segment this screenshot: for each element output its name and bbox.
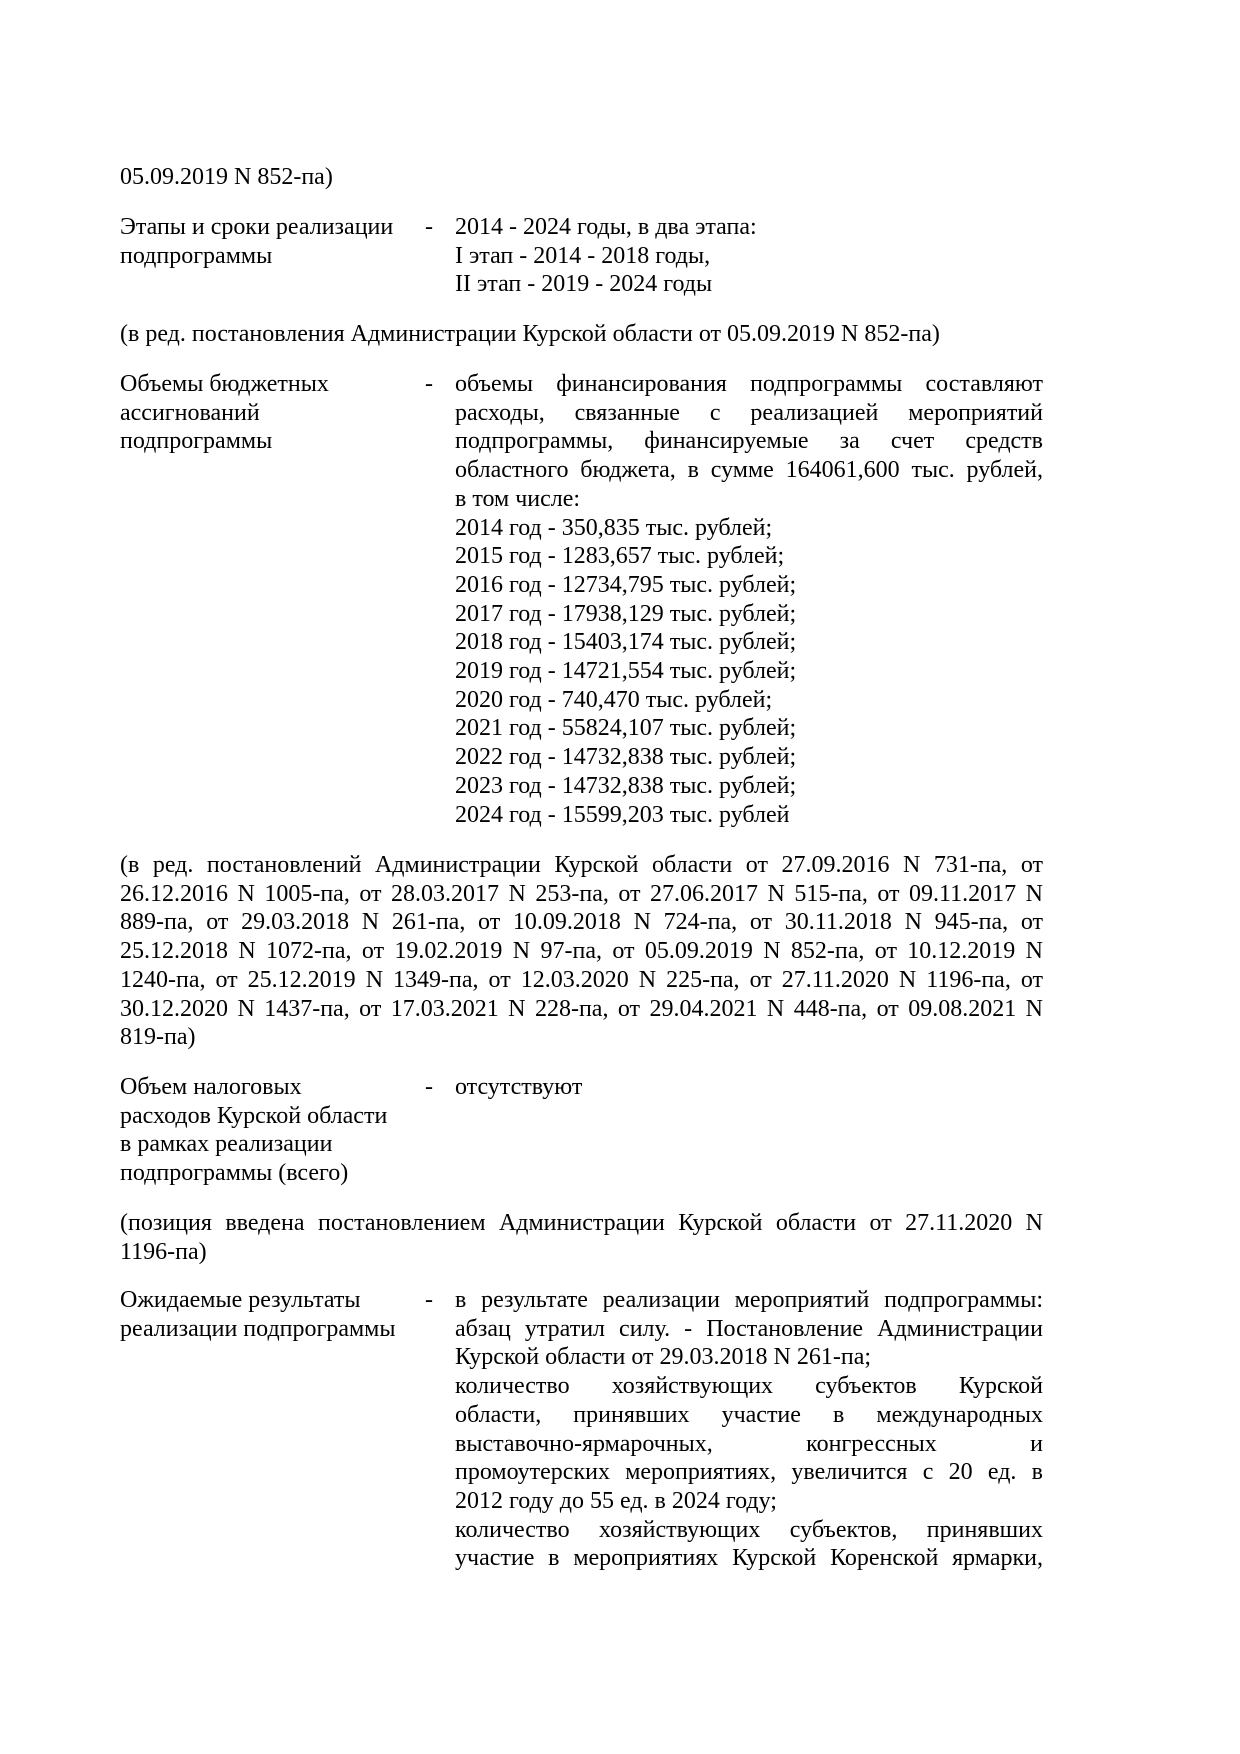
text-line: 2024 год - 15599,203 тыс. рублей — [455, 801, 1043, 830]
row-tax-expenses-label: Объем налоговых расходов Курской области… — [120, 1073, 425, 1188]
text-line: количество хозяйствующих субъектов Курск… — [455, 1372, 1043, 1401]
row-expected-results: Ожидаемые результаты реализации подпрогр… — [120, 1286, 1043, 1573]
row-budget-label: Объемы бюджетных ассигнований подпрограм… — [120, 370, 425, 829]
text-line: выставочно-ярмарочных, конгрессных и — [455, 1430, 1043, 1459]
text-line: Этапы и сроки реализации — [120, 213, 425, 242]
text-line: в результате реализации мероприятий подп… — [455, 1286, 1043, 1315]
separator-dash: - — [425, 1073, 455, 1188]
text-line: 2017 год - 17938,129 тыс. рублей; — [455, 600, 1043, 629]
text-line: Ожидаемые результаты — [120, 1286, 425, 1315]
text-line: ассигнований — [120, 399, 425, 428]
text-line: (в ред. постановлений Администрации Курс… — [120, 851, 1043, 880]
text-line: отсутствуют — [455, 1073, 1043, 1102]
text-line: 2020 год - 740,470 тыс. рублей; — [455, 686, 1043, 715]
row-tax-expenses: Объем налоговых расходов Курской области… — [120, 1073, 1043, 1188]
text-line: 2014 год - 350,835 тыс. рублей; — [455, 514, 1043, 543]
text-line: 2022 год - 14732,838 тыс. рублей; — [455, 743, 1043, 772]
row-budget-content: объемы финансирования подпрограммы соста… — [455, 370, 1043, 829]
text-line: 1240-па, от 25.12.2019 N 1349-па, от 12.… — [120, 966, 1043, 995]
text-line: (в ред. постановления Администрации Курс… — [120, 320, 1043, 349]
separator-dash: - — [425, 213, 455, 299]
text-line: I этап - 2014 - 2018 годы, — [455, 242, 1043, 271]
text-line: 889-па, от 29.03.2018 N 261-па, от 10.09… — [120, 908, 1043, 937]
text-line: участие в мероприятиях Курской Коренской… — [455, 1544, 1043, 1573]
document-page: 05.09.2019 N 852-па) Этапы и сроки реали… — [0, 0, 1240, 1754]
paragraph-edition-note-1: (в ред. постановления Администрации Курс… — [120, 320, 1043, 349]
text-line: (позиция введена постановлением Админист… — [120, 1209, 1043, 1238]
text-line: 819-па) — [120, 1023, 1043, 1052]
text-line: 2016 год - 12734,795 тыс. рублей; — [455, 571, 1043, 600]
text-line: 05.09.2019 N 852-па) — [120, 163, 1043, 192]
paragraph-edition-note-2: (в ред. постановлений Администрации Курс… — [120, 851, 1043, 1052]
text-line: в том числе: — [455, 485, 1043, 514]
text-line: реализации подпрограммы — [120, 1315, 425, 1344]
paragraph-amendment-tail: 05.09.2019 N 852-па) — [120, 163, 1043, 192]
text-line: подпрограммы — [120, 427, 425, 456]
separator-dash: - — [425, 370, 455, 829]
text-line: области, принявших участие в международн… — [455, 1401, 1043, 1430]
text-line: Объем налоговых — [120, 1073, 425, 1102]
text-line: Курской области от 29.03.2018 N 261-па; — [455, 1343, 1043, 1372]
text-line: 30.12.2020 N 1437-па, от 17.03.2021 N 22… — [120, 995, 1043, 1024]
text-line: 2015 год - 1283,657 тыс. рублей; — [455, 542, 1043, 571]
text-line: 2018 год - 15403,174 тыс. рублей; — [455, 628, 1043, 657]
row-stages-label: Этапы и сроки реализации подпрограммы — [120, 213, 425, 299]
text-line: в рамках реализации — [120, 1130, 425, 1159]
row-stages-content: 2014 - 2024 годы, в два этапа: I этап - … — [455, 213, 1043, 299]
row-expected-results-label: Ожидаемые результаты реализации подпрогр… — [120, 1286, 425, 1573]
text-line: 1196-па) — [120, 1238, 1043, 1267]
text-line: абзац утратил силу. - Постановление Адми… — [455, 1315, 1043, 1344]
text-line: Объемы бюджетных — [120, 370, 425, 399]
text-line: промоутерских мероприятиях, увеличится с… — [455, 1458, 1043, 1487]
text-line: II этап - 2019 - 2024 годы — [455, 270, 1043, 299]
row-stages: Этапы и сроки реализации подпрограммы - … — [120, 213, 1043, 299]
separator-dash: - — [425, 1286, 455, 1573]
text-line: 2021 год - 55824,107 тыс. рублей; — [455, 714, 1043, 743]
text-line: подпрограммы (всего) — [120, 1159, 425, 1188]
text-line: 2014 - 2024 годы, в два этапа: — [455, 213, 1043, 242]
text-line: количество хозяйствующих субъектов, прин… — [455, 1516, 1043, 1545]
paragraph-position-note: (позиция введена постановлением Админист… — [120, 1209, 1043, 1266]
text-line: 2012 году до 55 ед. в 2024 году; — [455, 1487, 1043, 1516]
text-line: 2019 год - 14721,554 тыс. рублей; — [455, 657, 1043, 686]
text-line: областного бюджета, в сумме 164061,600 т… — [455, 456, 1043, 485]
text-line: расходов Курской области — [120, 1102, 425, 1131]
text-line: подпрограммы, финансируемые за счет сред… — [455, 427, 1043, 456]
text-line: 2023 год - 14732,838 тыс. рублей; — [455, 772, 1043, 801]
text-line: расходы, связанные с реализацией меропри… — [455, 399, 1043, 428]
row-tax-expenses-content: отсутствуют — [455, 1073, 1043, 1188]
row-expected-results-content: в результате реализации мероприятий подп… — [455, 1286, 1043, 1573]
text-line: 26.12.2016 N 1005-па, от 28.03.2017 N 25… — [120, 880, 1043, 909]
row-budget: Объемы бюджетных ассигнований подпрограм… — [120, 370, 1043, 829]
text-line: подпрограммы — [120, 242, 425, 271]
text-line: объемы финансирования подпрограммы соста… — [455, 370, 1043, 399]
text-line: 25.12.2018 N 1072-па, от 19.02.2019 N 97… — [120, 937, 1043, 966]
